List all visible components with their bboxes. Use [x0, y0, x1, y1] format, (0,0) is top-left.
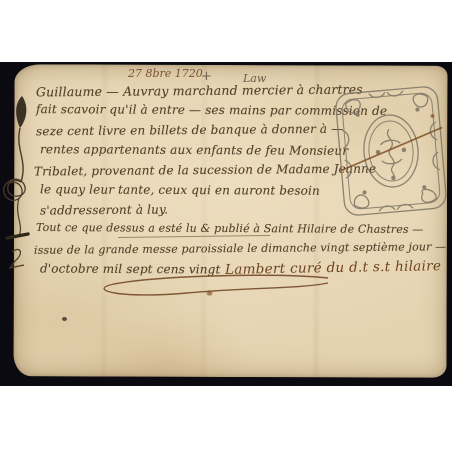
manuscript-line: Guillaume — Auvray marchand mercier à ch…	[36, 82, 363, 100]
date-header: 27 8bre 1720	[128, 67, 203, 80]
manuscript-line: rentes appartenants aux enfants de feu M…	[40, 142, 348, 158]
manuscript-line: Tout ce que dessus a esté lu & publié à …	[36, 221, 424, 236]
margin-paraph	[0, 90, 44, 282]
manuscript-line: seze cent livre en billets de banque à d…	[36, 122, 343, 139]
ink-speck	[62, 317, 67, 321]
manuscript-line: Tribalet, provenant de la sucession de M…	[34, 162, 376, 179]
ink-speck	[430, 114, 435, 118]
manuscript-line: s'addresseront à luy.	[40, 202, 168, 217]
ink-stain	[206, 290, 213, 296]
screenshot-root: { "photo": { "description": "photograph …	[0, 0, 452, 452]
cross-mark: +	[201, 69, 212, 84]
document-photo: 27 8bre 1720 + Law Guillaume — Auvray ma…	[0, 62, 452, 386]
signature-flourish	[92, 272, 332, 304]
manuscript-line: le quay leur tante, ceux qui en auront b…	[40, 182, 320, 197]
fiscal-stamp-icon	[328, 79, 452, 222]
